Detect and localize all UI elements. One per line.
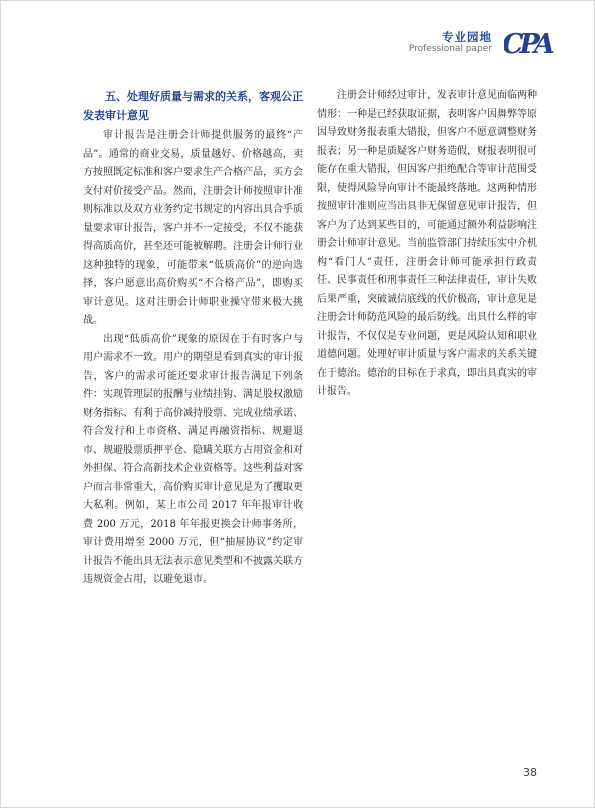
left-column: 五、处理好质量与需求的关系，客观公正发表审计意见 审计报告是注册会计师提供服务的… [83,87,303,590]
section-title-en: Professional paper [409,44,492,54]
section-title-block: 专业园地 Professional paper [409,31,492,55]
paragraph-low-quality-high-price: 出现“低质高价”现象的原因在于有时客户与用户需求不一致。用户的期望是看到真实的审… [83,331,303,590]
page-number: 38 [523,766,537,779]
paragraph-audit-opinion-situations: 注册会计师经过审计，发表审计意见面临两种情形：一种是已经获取证据，表明客户因舞弊… [317,87,537,402]
cpa-logo-icon: CPA [504,27,560,59]
page-footer: 38 [523,766,537,779]
right-column: 注册会计师经过审计，发表审计意见面临两种情形：一种是已经获取证据，表明客户因舞弊… [317,87,537,590]
cpa-logo-text: CPA [504,29,554,59]
page-header: 专业园地 Professional paper CPA [409,27,560,59]
section-title-zh: 专业园地 [409,31,492,44]
article-body: 五、处理好质量与需求的关系，客观公正发表审计意见 审计报告是注册会计师提供服务的… [83,87,537,590]
article-heading: 五、处理好质量与需求的关系，客观公正发表审计意见 [83,87,303,125]
journal-page: 专业园地 Professional paper CPA 五、处理好质量与需求的关… [0,0,595,808]
paragraph-audit-product: 审计报告是注册会计师提供服务的最终“产品”。通常的商业交易，质量越好、价格越高，… [83,127,303,331]
